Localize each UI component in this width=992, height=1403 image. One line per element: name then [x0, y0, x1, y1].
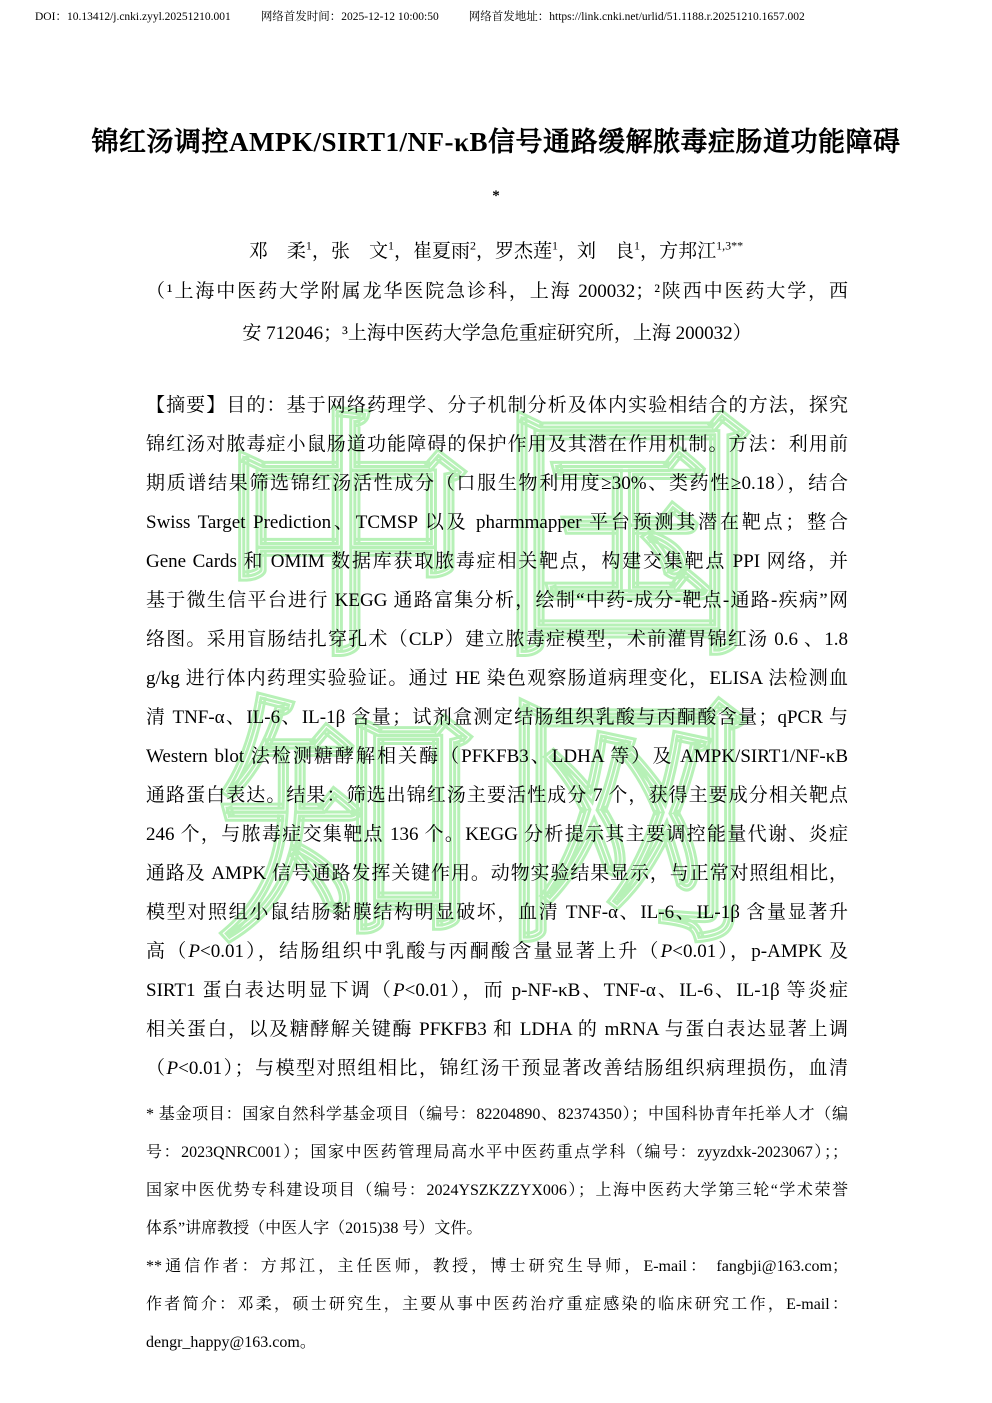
author-affil-sup: 1: [634, 239, 640, 253]
abstract-line: 络图。采用盲肠结扎穿孔术（CLP）建立脓毒症模型，术前灌胃锦红汤 0.6 、1.…: [146, 620, 848, 659]
abstract-line: 通路蛋白表达。结果：筛选出锦红汤主要活性成分 7 个，获得主要成分相关靶点: [146, 776, 848, 815]
author-name: 方邦江: [659, 241, 716, 262]
author-affil-sup: 2: [470, 239, 476, 253]
author-line: 邓 柔1，张 文1，崔夏雨2，罗杰莲1，刘 良1，方邦江1,3**: [0, 236, 992, 263]
author-name: 罗杰莲: [495, 241, 552, 262]
abstract-line: （P<0.01）；与模型对照组相比，锦红汤干预显著改善结肠组织病理损伤，血清: [146, 1049, 848, 1088]
author-name: 邓 柔: [249, 241, 306, 262]
author-affil-sup: 1: [306, 239, 312, 253]
abstract-line: 246 个，与脓毒症交集靶点 136 个。KEGG 分析提示其主要调控能量代谢、…: [146, 815, 848, 854]
abstract-line: 通路及 AMPK 信号通路发挥关键作用。动物实验结果显示，与正常对照组相比，: [146, 854, 848, 893]
title-footnote-mark: *: [0, 188, 992, 205]
footnote-line: * 基金项目：国家自然科学基金项目（编号：82204890、82374350）；…: [146, 1096, 848, 1134]
abstract-line: 模型对照组小鼠结肠黏膜结构明显破坏，血清 TNF-α、IL-6、IL-1β 含量…: [146, 893, 848, 932]
footnote-line: 国家中医优势专科建设项目（编号：2024YSZKZZYX006）；上海中医药大学…: [146, 1172, 848, 1210]
affiliation-line-2: 安 712046；³上海中医药大学急危重症研究所，上海 200032）: [146, 318, 848, 350]
abstract-line: g/kg 进行体内药理实验验证。通过 HE 染色观察肠道病理变化，ELISA 法…: [146, 659, 848, 698]
doi-text: DOI：10.13412/j.cnki.zyyl.20251210.001: [35, 8, 231, 24]
abstract-line: Swiss Target Prediction、TCMSP 以及 pharmma…: [146, 503, 848, 542]
abstract-line: 期质谱结果筛选锦红汤活性成分（口服生物利用度≥30%、类药性≥0.18），结合: [146, 464, 848, 503]
abstract-line: 基于微生信平台进行 KEGG 通路富集分析，绘制“中药-成分-靶点-通路-疾病”…: [146, 581, 848, 620]
abstract-line: 高（P<0.01），结肠组织中乳酸与丙酮酸含量显著上升（P<0.01），p-AM…: [146, 932, 848, 971]
paper-page: 中国知网 DOI：10.13412/j.cnki.zyyl.20251210.0…: [0, 0, 992, 1403]
footnote-line: 号：2023QNRC001）；国家中医药管理局高水平中医药重点学科（编号：zyy…: [146, 1134, 848, 1172]
affiliation-line-1: （¹上海中医药大学附属龙华医院急诊科，上海 200032；²陕西中医药大学，西: [146, 276, 848, 308]
author-name: 刘 良: [577, 241, 634, 262]
abstract-line: Gene Cards 和 OMIM 数据库获取脓毒症相关靶点，构建交集靶点 PP…: [146, 542, 848, 581]
abstract-line: 清 TNF-α、IL-6、IL-1β 含量；试剂盒测定结肠组织乳酸与丙酮酸含量；…: [146, 698, 848, 737]
online-publish-time: 网络首发时间：2025-12-12 10:00:50: [261, 8, 439, 24]
abstract-line: 锦红汤对脓毒症小鼠肠道功能障碍的保护作用及其潜在作用机制。方法：利用前: [146, 425, 848, 464]
abstract-block: 【摘要】目的：基于网络药理学、分子机制分析及体内实验相结合的方法，探究锦红汤对脓…: [146, 386, 848, 1088]
author-name: 崔夏雨: [413, 241, 470, 262]
abstract-line: Western blot 法检测糖酵解相关酶（PFKFB3、LDHA 等）及 A…: [146, 737, 848, 776]
abstract-line: 【摘要】目的：基于网络药理学、分子机制分析及体内实验相结合的方法，探究: [146, 386, 848, 425]
first-publish-header: DOI：10.13412/j.cnki.zyyl.20251210.001 网络…: [35, 8, 972, 24]
footnote-line: **通信作者：方邦江，主任医师，教授，博士研究生导师，E-mail： fangb…: [146, 1248, 848, 1286]
footnote-block: * 基金项目：国家自然科学基金项目（编号：82204890、82374350）；…: [146, 1096, 848, 1362]
abstract-line: 相关蛋白，以及糖酵解关键酶 PFKFB3 和 LDHA 的 mRNA 与蛋白表达…: [146, 1010, 848, 1049]
footnote-line: dengr_happy@163.com。: [146, 1324, 848, 1362]
author-affil-sup: 1: [552, 239, 558, 253]
online-publish-url: 网络首发地址：https://link.cnki.net/urlid/51.11…: [469, 8, 805, 24]
article-title: 锦红汤调控AMPK/SIRT1/NF-κB信号通路缓解脓毒症肠道功能障碍: [90, 120, 902, 159]
footnote-line: 体系”讲席教授（中医人字（2015)38 号）文件。: [146, 1210, 848, 1248]
author-affil-sup: 1: [388, 239, 394, 253]
author-name: 张 文: [331, 241, 388, 262]
abstract-line: SIRT1 蛋白表达明显下调（P<0.01），而 p-NF-κB、TNF-α、I…: [146, 971, 848, 1010]
footnote-line: 作者简介：邓柔，硕士研究生，主要从事中医药治疗重症感染的临床研究工作，E-mai…: [146, 1286, 848, 1324]
author-affil-sup: 1,3**: [716, 239, 743, 253]
